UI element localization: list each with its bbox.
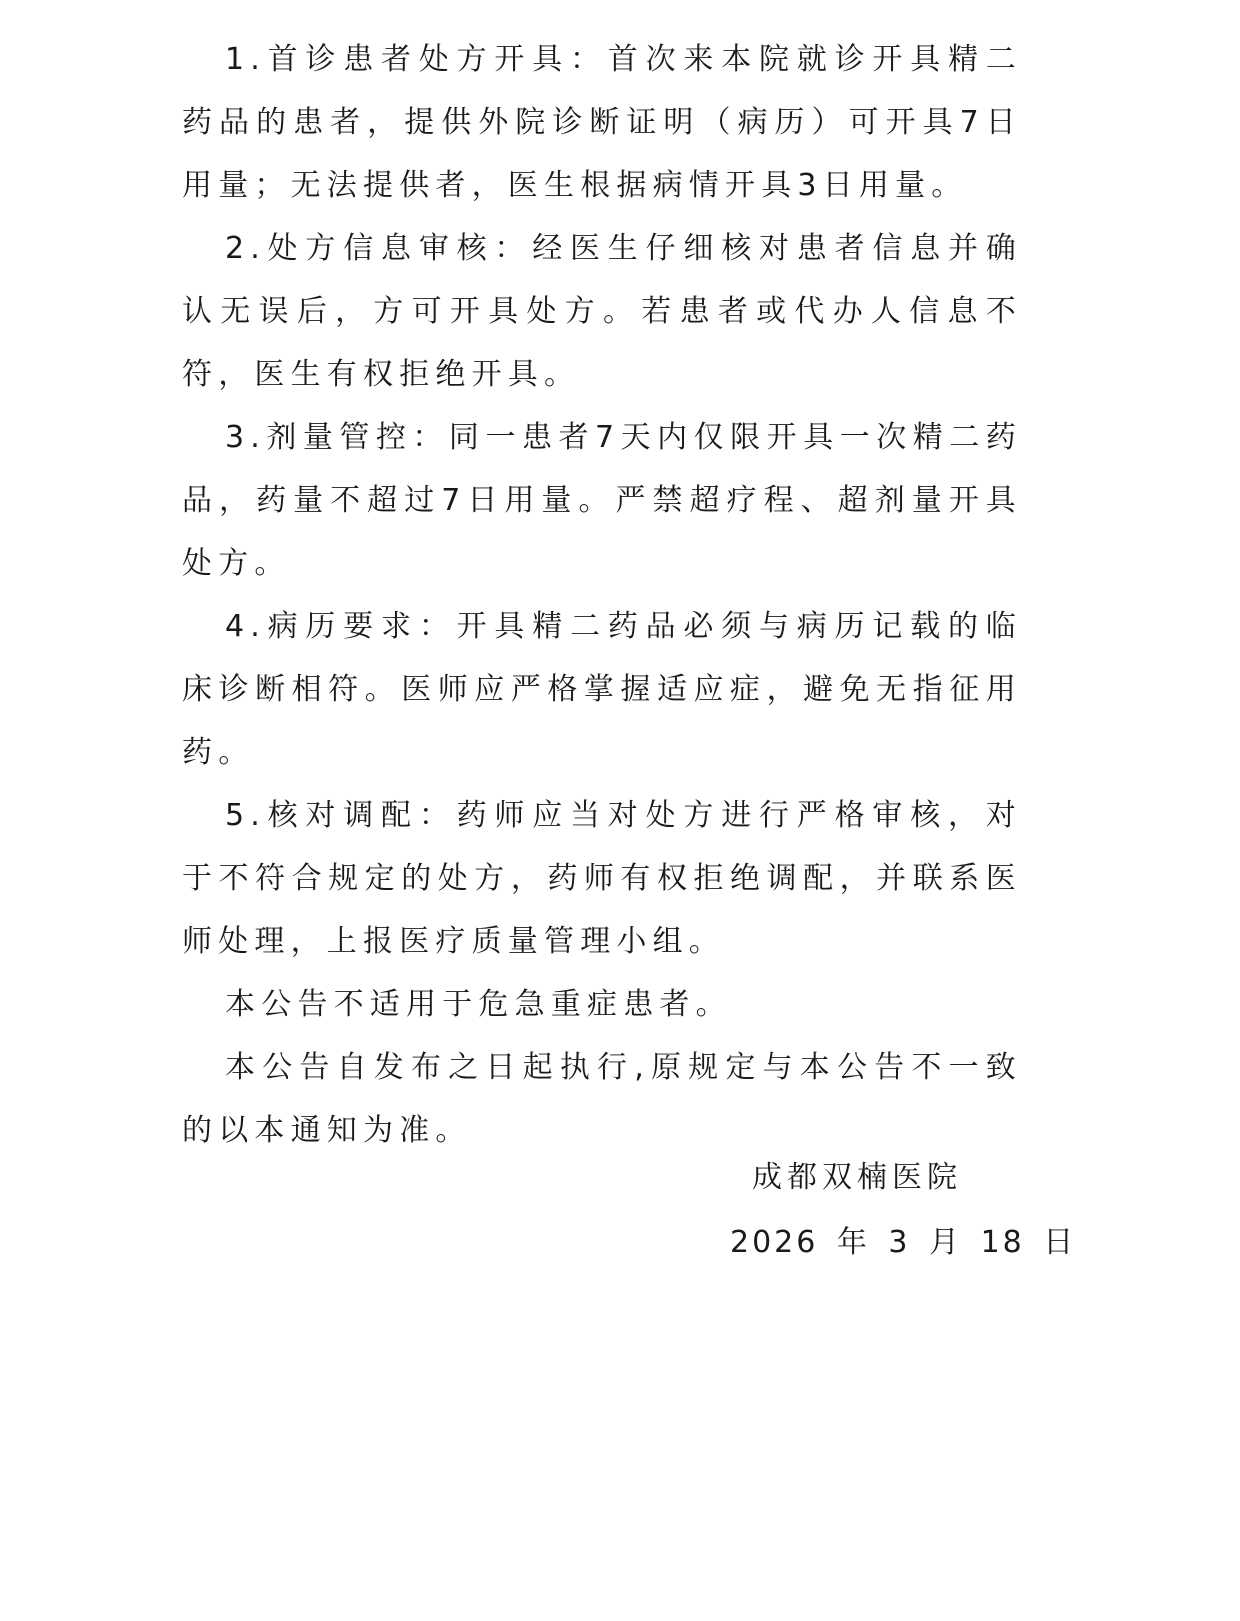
effective-date-statement: 本公告自发布之日起执行,原规定与本公告不一致的以本通知为准。 [182,1036,1022,1162]
exemption-statement: 本公告不适用于危急重症患者。 [182,973,1022,1036]
rule-medical-record-requirement: 4.病历要求：开具精二药品必须与病历记载的临床诊断相符。医师应严格掌握适应症，避… [182,595,1022,784]
rule-first-visit-prescription: 1.首诊患者处方开具：首次来本院就诊开具精二药品的患者，提供外院诊断证明（病历）… [182,28,1022,217]
rule-prescription-info-review: 2.处方信息审核：经医生仔细核对患者信息并确认无误后，方可开具处方。若患者或代办… [182,217,1022,406]
rule-verification-dispensing: 5.核对调配：药师应当对处方进行严格审核，对于不符合规定的处方，药师有权拒绝调配… [182,784,1022,973]
signature-organization: 成都双楠医院 [752,1153,962,1203]
signature-date: 2026 年 3 月 18 日 [730,1218,1076,1268]
rule-dosage-control: 3.剂量管控：同一患者7天内仅限开具一次精二药品，药量不超过7日用量。严禁超疗程… [182,406,1022,595]
notice-body: 1.首诊患者处方开具：首次来本院就诊开具精二药品的患者，提供外院诊断证明（病历）… [182,28,1022,1162]
document-page: 1.首诊患者处方开具：首次来本院就诊开具精二药品的患者，提供外院诊断证明（病历）… [0,0,1240,1621]
